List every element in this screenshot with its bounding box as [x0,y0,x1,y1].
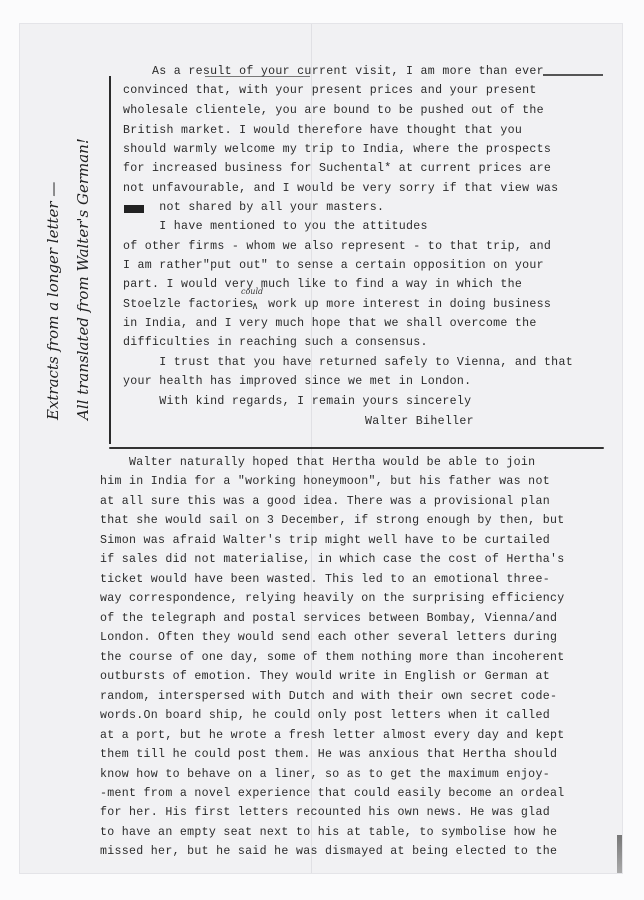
scan-edge-shadow [617,835,622,873]
letter-line: not shared by all your masters. [123,201,384,214]
letter-box-top-border-right [543,74,603,76]
letter-line: As a result of your current visit, I am … [123,65,544,78]
letter-line: your health has improved since we met in… [123,375,471,388]
annotation-line-1: Extracts from a longer letter — [38,138,68,420]
narrative-line: for her. His first letters recounted his… [100,806,550,819]
narrative-line: words.On board ship, he could only post … [100,709,550,722]
letter-line: not unfavourable, and I would be very so… [123,182,558,195]
letter-box-left-border [109,76,111,444]
narrative-line: of the telegraph and postal services bet… [100,612,557,625]
handwritten-annotation: Extracts from a longer letter — All tran… [38,138,98,420]
handwritten-insertion: could [241,287,263,296]
narrative-line: at all sure this was a good idea. There … [100,495,550,508]
letter-box-bottom-border [109,447,604,449]
narrative-line: if sales did not materialise, in which c… [100,553,564,566]
letter-line: With kind regards, I remain yours sincer… [123,395,471,408]
narrative-line: Simon was afraid Walter's trip might wel… [100,534,550,547]
narrative-line: random, interspersed with Dutch and with… [100,690,557,703]
letter-line: should warmly welcome my trip to India, … [123,143,551,156]
narrative-line: him in India for a "working honeymoon", … [100,475,550,488]
narrative-line: at a port, but he wrote a fresh letter a… [100,729,564,742]
narrative-line: Walter naturally hoped that Hertha would… [100,456,535,469]
letter-line: British market. I would therefore have t… [123,124,522,137]
narrative-line: missed her, but he said he was dismayed … [100,845,557,858]
letter-line: I am rather"put out" to sense a certain … [123,259,544,272]
letter-signature: Walter Biheller [365,415,474,428]
redacted-mark [124,205,144,213]
annotation-line-2: All translated from Walter's German! [68,138,98,420]
letter-line: for increased business for Suchental* at… [123,162,551,175]
letter-line: I trust that you have returned safely to… [123,356,573,369]
letter-line: convinced that, with your present prices… [123,84,537,97]
letter-line: Stoelzle factories work up more interest… [123,298,551,311]
narrative-line: -ment from a novel experience that could… [100,787,564,800]
narrative-line: ticket would have been wasted. This led … [100,573,550,586]
narrative-line: outbursts of emotion. They would write i… [100,670,550,683]
letter-line: part. I would very much like to find a w… [123,278,522,291]
insertion-caret-icon: ∧ [252,301,258,313]
narrative-line: the course of one day, some of them noth… [100,651,564,664]
narrative-line: way correspondence, relying heavily on t… [100,592,564,605]
narrative-line: to have an empty seat next to his at tab… [100,826,557,839]
narrative-text: Walter naturally hoped that Hertha would… [0,0,15,286]
letter-line: of other firms - whom we also represent … [123,240,551,253]
letter-line: difficulties in reaching such a consensu… [123,336,428,349]
narrative-line: know how to behave on a liner, so as to … [100,768,550,781]
narrative-line: that she would sail on 3 December, if st… [100,514,564,527]
narrative-line: London. Often they would send each other… [100,631,557,644]
letter-line: wholesale clientele, you are bound to be… [123,104,544,117]
narrative-line: them till he could post them. He was anx… [100,748,557,761]
letter-line: I have mentioned to you the attitudes [123,220,428,233]
letter-line: in India, and I very much hope that we s… [123,317,537,330]
